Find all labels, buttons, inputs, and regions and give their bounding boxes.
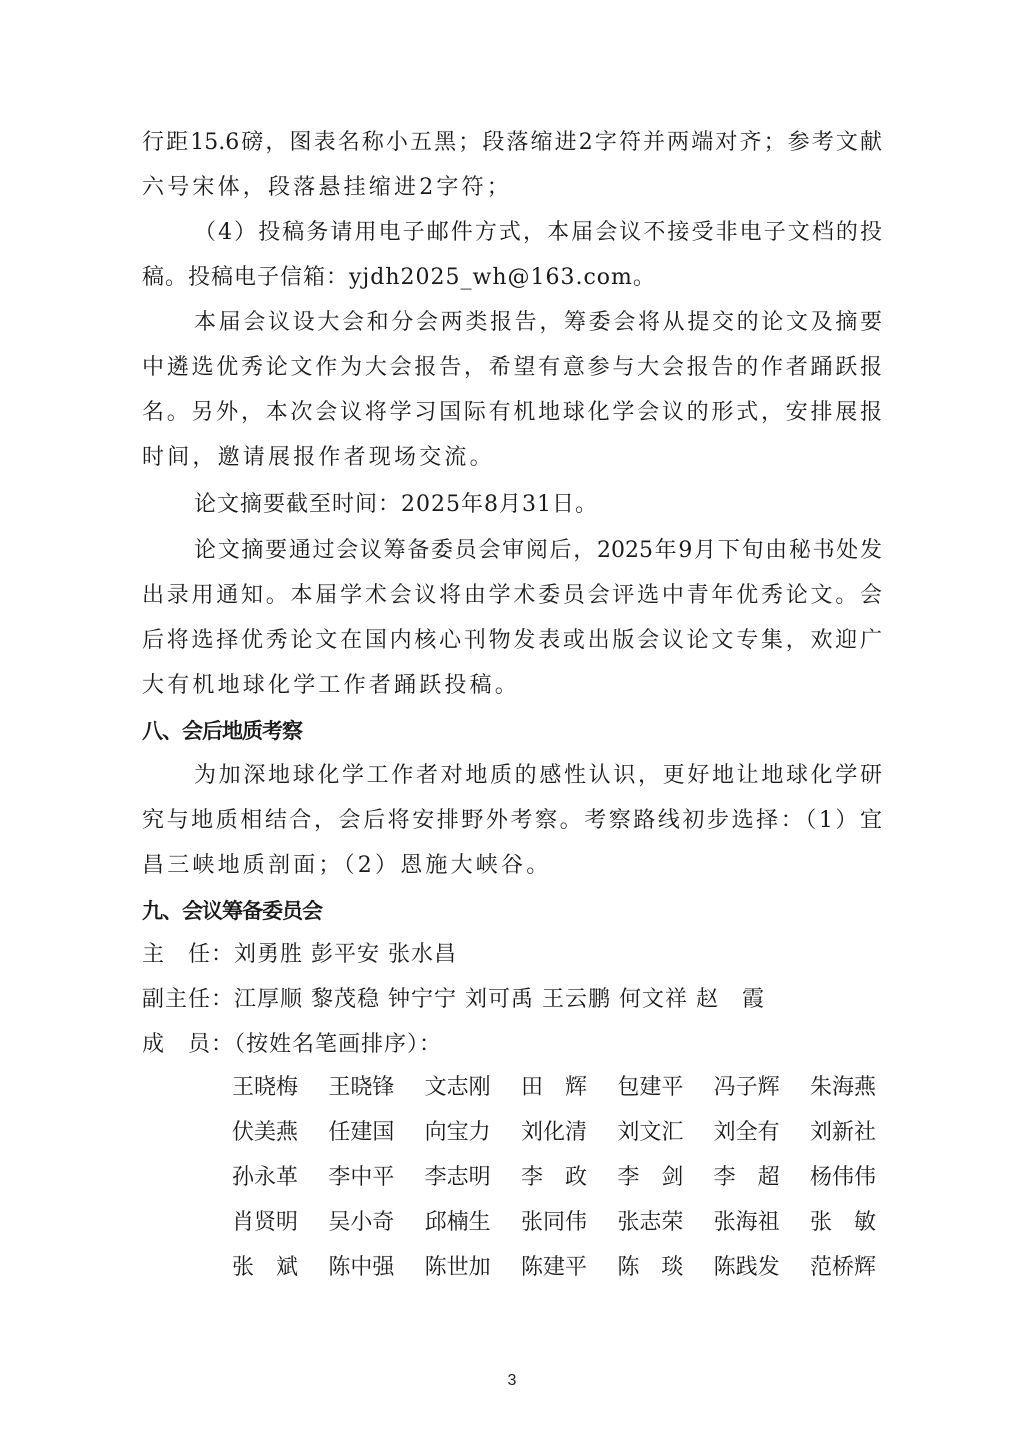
section-8-heading: 八、会后地质考察 (142, 716, 302, 746)
section-8-line-1: 为加深地球化学工作者对地质的感性认识，更好地让地球化学研 (194, 761, 882, 791)
member-name: 朱海燕 (810, 1073, 882, 1103)
member-name: 向宝力 (425, 1118, 497, 1148)
member-name: 陈践发 (714, 1253, 786, 1283)
reports-line-4: 时间，邀请展报作者现场交流。 (142, 443, 495, 473)
member-name: 田 辉 (521, 1073, 593, 1103)
members-row-2: 伏美燕 任建国 向宝力 刘化清 刘文汇 刘全有 刘新社 (232, 1118, 882, 1148)
members-label: 成 员：（按姓名笔画排序）： (142, 1030, 442, 1060)
submission-line-2: 稿。投稿电子信箱：yjdh2025_wh@163.com。 (142, 263, 656, 293)
member-name: 刘化清 (521, 1118, 593, 1148)
section-8-line-3: 昌三峡地质剖面；（2）恩施大峡谷。 (142, 851, 551, 881)
member-name: 伏美燕 (232, 1118, 304, 1148)
member-name: 刘新社 (810, 1118, 882, 1148)
member-name: 李中平 (328, 1163, 400, 1193)
directors-label: 主 任： (142, 942, 234, 967)
member-name: 冯子辉 (714, 1073, 786, 1103)
member-name: 文志刚 (425, 1073, 497, 1103)
review-line-2: 出录用通知。本届学术会议将由学术委员会评选中青年优秀论文。会 (142, 581, 882, 611)
member-name: 陈世加 (425, 1253, 497, 1283)
reports-line-3: 名。另外，本次会议将学习国际有机地球化学会议的形式，安排展报 (142, 398, 882, 428)
member-name: 张 敏 (810, 1208, 882, 1238)
member-name: 肖贤明 (232, 1208, 304, 1238)
directors-row: 主 任：刘勇胜 彭平安 张水昌 (142, 940, 457, 970)
members-row-5: 张 斌 陈中强 陈世加 陈建平 陈 琰 陈践发 范桥辉 (232, 1253, 882, 1283)
member-name: 张志荣 (617, 1208, 689, 1238)
reports-line-2: 中遴选优秀论文作为大会报告，希望有意参与大会报告的作者踊跃报 (142, 353, 882, 383)
deadline-line: 论文摘要截至时间：2025年8月31日。 (194, 490, 598, 520)
submission-line-1: （4）投稿务请用电子邮件方式，本届会议不接受非电子文档的投 (194, 218, 882, 248)
member-name: 陈 琰 (617, 1253, 689, 1283)
member-name: 任建国 (328, 1118, 400, 1148)
member-name: 陈建平 (521, 1253, 593, 1283)
members-row-3: 孙永革 李中平 李志明 李 政 李 剑 李 超 杨伟伟 (232, 1163, 882, 1193)
member-name: 王晓锋 (328, 1073, 400, 1103)
reports-line-1: 本届会议设大会和分会两类报告，筹委会将从提交的论文及摘要 (194, 308, 882, 338)
member-name: 范桥辉 (810, 1253, 882, 1283)
section-8-line-2: 究与地质相结合，会后将安排野外考察。考察路线初步选择：（1）宜 (142, 806, 882, 836)
members-row-4: 肖贤明 吴小奇 邱楠生 张同伟 张志荣 张海祖 张 敏 (232, 1208, 882, 1238)
section-9-heading: 九、会议筹备委员会 (142, 896, 322, 926)
member-name: 张 斌 (232, 1253, 304, 1283)
format-line-1: 行距15.6磅，图表名称小五黑；段落缩进2字符并两端对齐；参考文献 (142, 128, 882, 158)
member-name: 刘文汇 (617, 1118, 689, 1148)
member-name: 李 超 (714, 1163, 786, 1193)
member-name: 杨伟伟 (810, 1163, 882, 1193)
review-line-4: 大有机地球化学工作者踊跃投稿。 (142, 671, 520, 701)
directors-names: 刘勇胜 彭平安 张水昌 (234, 942, 457, 967)
member-name: 王晓梅 (232, 1073, 304, 1103)
vice-directors-label: 副主任： (142, 987, 234, 1012)
review-line-3: 后将选择优秀论文在国内核心刊物发表或出版会议论文专集，欢迎广 (142, 626, 882, 656)
members-row-1: 王晓梅 王晓锋 文志刚 田 辉 包建平 冯子辉 朱海燕 (232, 1073, 882, 1103)
review-line-1: 论文摘要通过会议筹备委员会审阅后，2025年9月下旬由秘书处发 (194, 536, 882, 566)
page-number: 3 (0, 1372, 1024, 1390)
member-name: 陈中强 (328, 1253, 400, 1283)
format-line-2: 六号宋体，段落悬挂缩进2字符； (142, 173, 512, 203)
member-name: 李 政 (521, 1163, 593, 1193)
member-name: 张同伟 (521, 1208, 593, 1238)
member-name: 邱楠生 (425, 1208, 497, 1238)
vice-directors-names: 江厚顺 黎茂稳 钟宁宁 刘可禹 王云鹏 何文祥 赵 霞 (234, 987, 765, 1012)
vice-directors-row: 副主任：江厚顺 黎茂稳 钟宁宁 刘可禹 王云鹏 何文祥 赵 霞 (142, 985, 765, 1015)
member-name: 张海祖 (714, 1208, 786, 1238)
member-name: 孙永革 (232, 1163, 304, 1193)
member-name: 李志明 (425, 1163, 497, 1193)
member-name: 包建平 (617, 1073, 689, 1103)
member-name: 吴小奇 (328, 1208, 400, 1238)
member-name: 李 剑 (617, 1163, 689, 1193)
member-name: 刘全有 (714, 1118, 786, 1148)
